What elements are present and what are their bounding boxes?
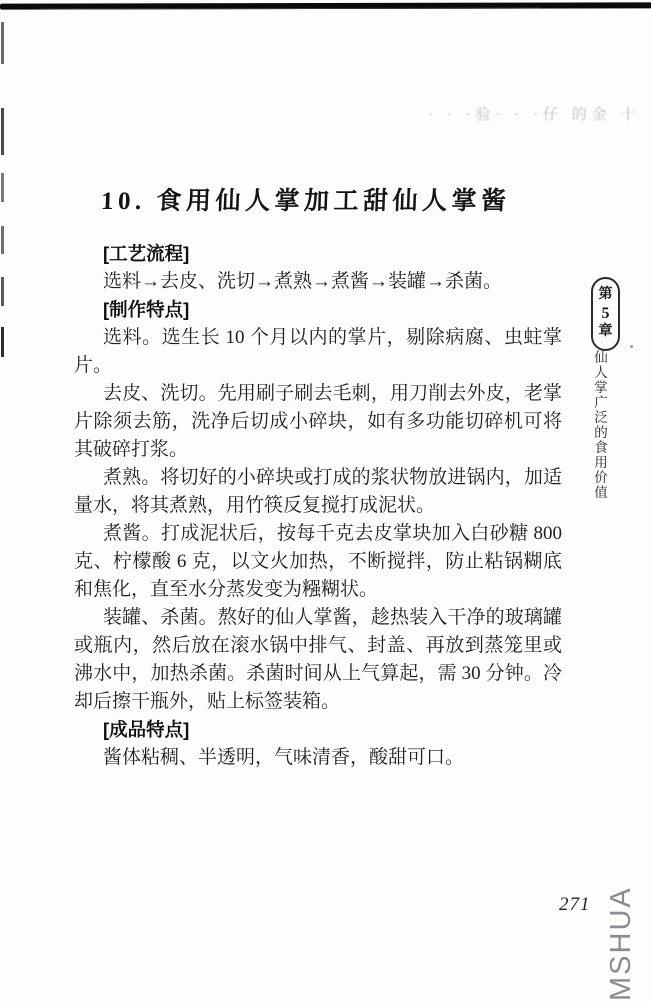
chapter-badge-number: 5	[602, 305, 610, 323]
chapter-badge-char: 章	[599, 323, 613, 342]
scan-artifact-dash	[1, 173, 4, 202]
scan-artifact-dash	[1, 22, 4, 64]
scan-speck	[630, 345, 633, 348]
paragraph-product: 酱体粘稠、半透明，气味清香，酸甜可口。	[74, 744, 562, 772]
section-heading-process: [工艺流程]	[74, 240, 562, 268]
process-flow: 选料→去皮、洗切→煮熟→煮酱→装罐→杀菌。	[74, 268, 562, 296]
chapter-title-vertical: 仙人掌广泛的食用价值	[589, 350, 609, 520]
paragraph-peel-wash: 去皮、洗切。先用刷子刷去毛刺，用刀削去外皮，老掌片除须去筋，洗净后切成小碎块，如…	[74, 380, 562, 464]
scan-artifact-dash	[1, 108, 4, 155]
article-body: [工艺流程] 选料→去皮、洗切→煮熟→煮酱→装罐→杀菌。 [制作特点] 选料。选…	[74, 240, 562, 772]
running-head: · · ·验· · ·仔 的金 十	[428, 103, 643, 124]
scanned-page: · · ·验· · ·仔 的金 十 10. 食用仙人掌加工甜仙人掌酱 [工艺流程…	[0, 0, 651, 1001]
watermark: MSHUA	[605, 889, 639, 1001]
scan-artifact-dash	[1, 277, 4, 306]
scan-artifact-dash	[1, 226, 4, 254]
paragraph-selection: 选料。选生长 10 个月以内的掌片，剔除病腐、虫蛀掌片。	[74, 324, 562, 380]
page-number: 271	[559, 894, 591, 916]
scan-artifact-top-edge	[0, 2, 651, 9]
section-heading-method: [制作特点]	[74, 296, 562, 324]
paragraph-can-sterilize: 装罐、杀菌。熬好的仙人掌酱，趁热装入干净的玻璃罐或瓶内，然后放在滚水锅中排气、封…	[74, 604, 562, 716]
paragraph-boil: 煮熟。将切好的小碎块或打成的浆状物放进锅内，加适量水，将其煮熟，用竹筷反复搅打成…	[74, 464, 562, 520]
scan-artifact-dash	[1, 327, 4, 357]
chapter-badge-char: 第	[599, 286, 613, 305]
section-heading-product: [成品特点]	[74, 716, 562, 744]
article-title: 10. 食用仙人掌加工甜仙人掌酱	[100, 186, 511, 218]
chapter-badge: 第 5 章	[591, 277, 620, 351]
paragraph-cook-jam: 煮酱。打成泥状后，按每千克去皮掌块加入白砂糖 800 克、柠檬酸 6 克，以文火…	[74, 520, 562, 604]
